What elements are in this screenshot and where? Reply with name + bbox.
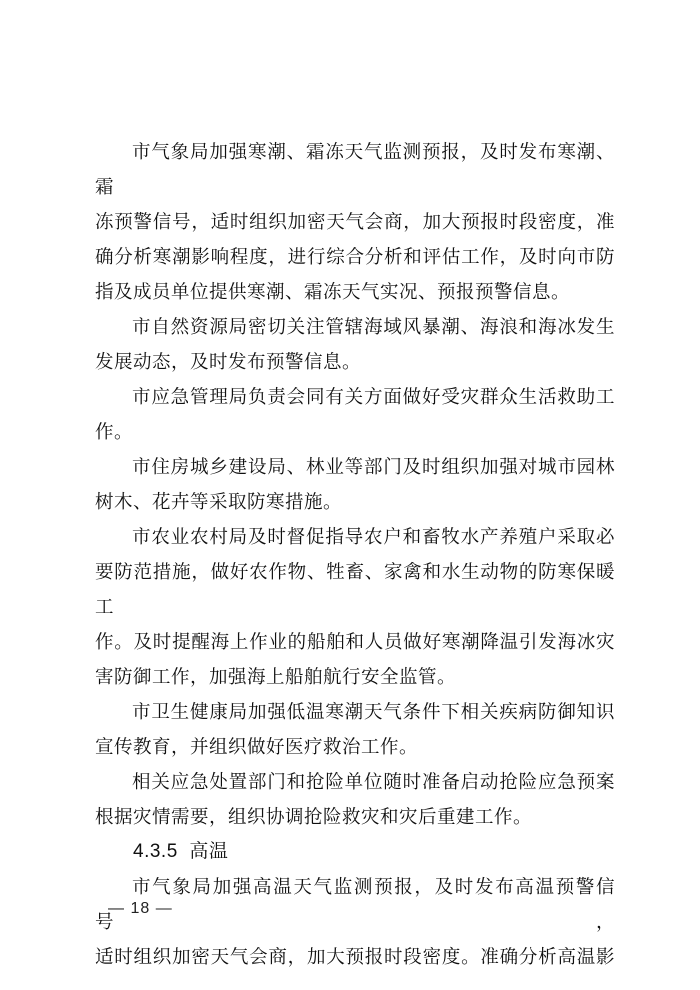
text-line: 作。及时提醒海上作业的船舶和人员做好寒潮降温引发海冰灾: [95, 624, 615, 659]
text-line: 宣传教育，并组织做好医疗救治工作。: [95, 729, 615, 764]
page-footer: — 18 —: [108, 898, 173, 920]
paragraph: 相关应急处置部门和抢险单位随时准备启动抢险应急预案根据灾情需要，组织协调抢险救灾…: [95, 764, 615, 834]
paragraph: 市卫生健康局加强低温寒潮天气条件下相关疾病防御知识宣传教育，并组织做好医疗救治工…: [95, 694, 615, 764]
paragraph: 市应急管理局负责会同有关方面做好受灾群众生活救助工作。: [95, 379, 615, 449]
text-line: 市气象局加强寒潮、霜冻天气监测预报，及时发布寒潮、霜: [95, 134, 615, 204]
text-line: 冻预警信号，适时组织加密天气会商，加大预报时段密度，准: [95, 204, 615, 239]
text-line: 树木、花卉等采取防寒措施。: [95, 484, 615, 519]
text-line: 确分析寒潮影响程度，进行综合分析和评估工作，及时向市防: [95, 239, 615, 274]
text-line: 指及成员单位提供寒潮、霜冻天气实况、预报预警信息。: [95, 274, 615, 309]
text-line: 适时组织加密天气会商，加大预报时段密度。准确分析高温影: [95, 939, 615, 974]
text-line: 市气象局加强高温天气监测预报，及时发布高温预警信号，: [95, 869, 615, 939]
text-line: 市应急管理局负责会同有关方面做好受灾群众生活救助工: [95, 379, 615, 414]
paragraph: 市住房城乡建设局、林业等部门及时组织加强对城市园林树木、花卉等采取防寒措施。: [95, 449, 615, 519]
paragraph: 市气象局加强高温天气监测预报，及时发布高温预警信号，适时组织加密天气会商，加大预…: [95, 869, 615, 974]
text-line: 相关应急处置部门和抢险单位随时准备启动抢险应急预案: [95, 764, 615, 799]
text-line: 市卫生健康局加强低温寒潮天气条件下相关疾病防御知识: [95, 694, 615, 729]
document-body: 市气象局加强寒潮、霜冻天气监测预报，及时发布寒潮、霜冻预警信号，适时组织加密天气…: [95, 134, 615, 974]
text-line: 市农业农村局及时督促指导农户和畜牧水产养殖户采取必: [95, 519, 615, 554]
page-number: — 18 —: [108, 900, 173, 917]
text-line: 作。: [95, 414, 615, 449]
text-line: 发展动态，及时发布预警信息。: [95, 344, 615, 379]
paragraph: 市气象局加强寒潮、霜冻天气监测预报，及时发布寒潮、霜冻预警信号，适时组织加密天气…: [95, 134, 615, 309]
paragraph: 市农业农村局及时督促指导农户和畜牧水产养殖户采取必要防范措施，做好农作物、牲畜、…: [95, 519, 615, 694]
section-heading: 4.3.5 高温: [95, 834, 615, 869]
text-line: 要防范措施，做好农作物、牲畜、家禽和水生动物的防寒保暖工: [95, 554, 615, 624]
heading-text-line: 4.3.5 高温: [95, 834, 615, 869]
paragraph: 市自然资源局密切关注管辖海域风暴潮、海浪和海冰发生发展动态，及时发布预警信息。: [95, 309, 615, 379]
text-line: 市自然资源局密切关注管辖海域风暴潮、海浪和海冰发生: [95, 309, 615, 344]
text-line: 根据灾情需要，组织协调抢险救灾和灾后重建工作。: [95, 799, 615, 834]
text-line: 害防御工作，加强海上船舶航行安全监管。: [95, 659, 615, 694]
document-page: 市气象局加强寒潮、霜冻天气监测预报，及时发布寒潮、霜冻预警信号，适时组织加密天气…: [0, 0, 700, 990]
text-line: 市住房城乡建设局、林业等部门及时组织加强对城市园林: [95, 449, 615, 484]
